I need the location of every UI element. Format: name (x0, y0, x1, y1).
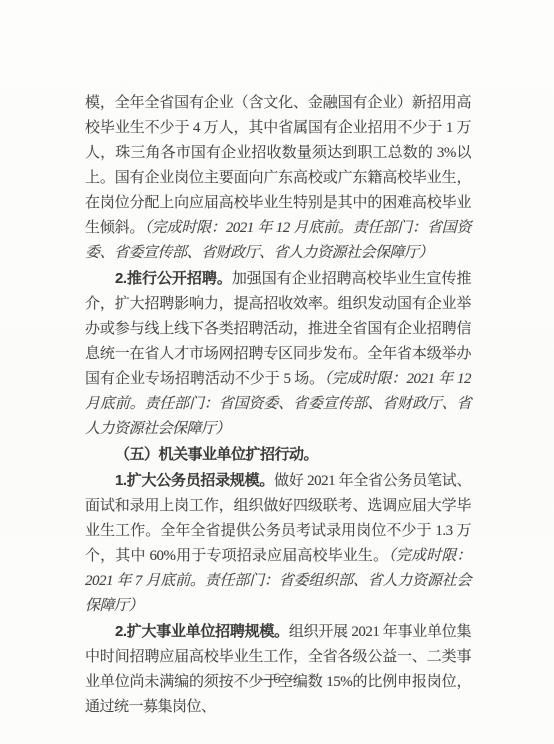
paragraph-public-institution-recruitment: 2.扩大事业单位招聘规模。组织开展 2021 年事业单位集中时间招聘应届高校毕业… (85, 619, 471, 720)
paragraph-civil-servant-recruitment: 1.扩大公务员招录规模。做好 2021 年全省公务员笔试、面试和录用上岗工作，组… (85, 468, 471, 619)
body-text: 模，全年全省国有企业（含文化、金融国有企业）新招用高校毕业生不少于 4 万人，其… (85, 90, 471, 720)
paragraph-continuation: 模，全年全省国有企业（含文化、金融国有企业）新招用高校毕业生不少于 4 万人，其… (85, 90, 471, 266)
paragraph-lead: 1.扩大公务员招录规模。 (115, 472, 274, 489)
section-heading-five: （五）机关事业单位扩招行动。 (85, 442, 471, 468)
paragraph-body: 模，全年全省国有企业（含文化、金融国有企业）新招用高校毕业生不少于 4 万人，其… (85, 95, 471, 236)
page-number: —6— (0, 671, 554, 688)
document-page: 模，全年全省国有企业（含文化、金融国有企业）新招用高校毕业生不少于 4 万人，其… (0, 0, 554, 744)
paragraph-body: 加强国有企业招聘高校毕业生宣传推介，扩大招聘影响力，提高招收效率。组织发动国有企… (85, 271, 471, 387)
paragraph-lead: 2.推行公开招聘。 (115, 270, 232, 287)
paragraph-open-recruitment: 2.推行公开招聘。加强国有企业招聘高校毕业生宣传推介，扩大招聘影响力，提高招收效… (85, 266, 471, 442)
paragraph-lead: 2.扩大事业单位招聘规模。 (115, 623, 289, 640)
section-heading-label: （五）机关事业单位扩招行动。 (115, 446, 318, 463)
